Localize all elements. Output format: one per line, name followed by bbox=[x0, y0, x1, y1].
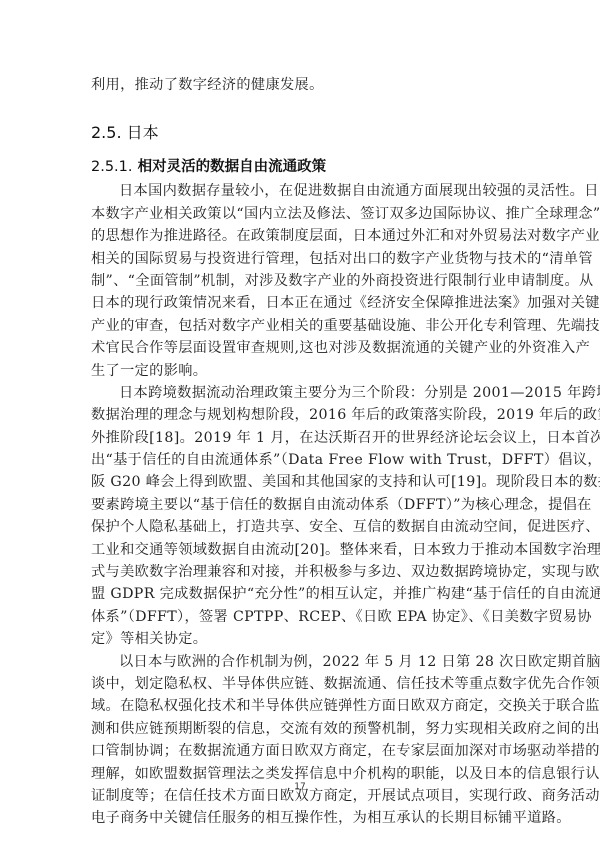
paragraph-line: 日本国内数据存量较小，在促进数据自由流通方面展现出较强的灵活性。日 bbox=[91, 180, 511, 202]
paragraph-line: 本数字产业相关政策以“国内立法及修法、签订双多边国际协议、推广全球理念” bbox=[91, 203, 511, 225]
paragraph-line: 体系”（DFFT），签署 CPTPP、RCEP、《日欧 EPA 协定》、《日美数… bbox=[91, 606, 511, 628]
paragraph-line: 外推阶段[18]。2019 年 1 月，在达沃斯召开的世界经济论坛会议上，日本首… bbox=[91, 427, 511, 449]
page-number: 17 bbox=[0, 782, 600, 792]
paragraph-line: 保护个人隐私基础上，打造共享、安全、互信的数据自由流动空间，促进医疗、 bbox=[91, 516, 511, 538]
paragraph-2: 日本跨境数据流动治理政策主要分为三个阶段：分别是 2001—2015 年跨境 数… bbox=[91, 382, 511, 651]
paragraph-3: 以日本与欧洲的合作机制为例，2022 年 5 月 12 日第 28 次日欧定期首… bbox=[91, 651, 511, 830]
paragraph-line: 的思想作为推进路径。在政策制度层面，日本通过外汇和对外贸易法对数字产业 bbox=[91, 225, 511, 247]
lead-line: 利用，推动了数字经济的健康发展。 bbox=[91, 74, 511, 96]
section-number: 2.5. bbox=[91, 123, 122, 142]
section-heading: 2.5. 日本 bbox=[91, 120, 511, 146]
paragraph-line: 日本的现行政策情况来看，日本正在通过《经济安全保障推进法案》加强对关键 bbox=[91, 292, 511, 314]
paragraph-line: 口管制协调；在数据流通方面日欧双方商定，在专家层面加深对市场驱动举措的 bbox=[91, 740, 511, 762]
paragraph-line: 产业的审查，包括对数字产业相关的重要基础设施、非公开化专利管理、先端技 bbox=[91, 315, 511, 337]
page-content: 利用，推动了数字经济的健康发展。 2.5. 日本 2.5.1. 相对灵活的数据自… bbox=[91, 74, 511, 830]
paragraph-line: 阪 G20 峰会上得到欧盟、美国和其他国家的支持和认可[19]。现阶段日本的数据 bbox=[91, 471, 511, 493]
paragraph-line: 日本跨境数据流动治理政策主要分为三个阶段：分别是 2001—2015 年跨境 bbox=[91, 382, 511, 404]
paragraph-line: 相关的国际贸易与投资进行管理，包括对出口的数字产业货物与技术的“清单管 bbox=[91, 248, 511, 270]
subsection-title: 相对灵活的数据自由流通政策 bbox=[138, 159, 327, 175]
paragraph-line: 数据治理的理念与规划构想阶段，2016 年后的政策落实阶段，2019 年后的政策 bbox=[91, 404, 511, 426]
paragraph-line: 盟 GDPR 完成数据保护“充分性”的相互认定，并推广构建“基于信任的自由流通 bbox=[91, 583, 511, 605]
paragraph-line: 出“基于信任的自由流通体系”（Data Free Flow with Trust… bbox=[91, 449, 511, 471]
paragraph-line: 工业和交通等领域数据自由流动[20]。整体来看，日本致力于推动本国数字治理方 bbox=[91, 539, 511, 561]
paragraph-line: 制”、“全面管制”机制，对涉及数字产业的外商投资进行限制行业申请制度。从 bbox=[91, 270, 511, 292]
paragraph-line: 以日本与欧洲的合作机制为例，2022 年 5 月 12 日第 28 次日欧定期首… bbox=[91, 651, 511, 673]
subsection-heading: 2.5.1. 相对灵活的数据自由流通政策 bbox=[91, 154, 511, 180]
document-page: 利用，推动了数字经济的健康发展。 2.5. 日本 2.5.1. 相对灵活的数据自… bbox=[0, 0, 600, 848]
paragraph-line: 域。在隐私权强化技术和半导体供应链弹性方面日欧双方商定，交换关于联合监 bbox=[91, 695, 511, 717]
paragraph-1: 日本国内数据存量较小，在促进数据自由流通方面展现出较强的灵活性。日 本数字产业相… bbox=[91, 180, 511, 382]
paragraph-line: 测和供应链预期断裂的信息，交流有效的预警机制，努力实现相关政府之间的出 bbox=[91, 718, 511, 740]
paragraph-line: 定》等相关协定。 bbox=[91, 628, 511, 650]
paragraph-line: 电子商务中关键信任服务的相互操作性，为相互承认的长期目标铺平道路。 bbox=[91, 807, 511, 829]
paragraph-line: 要素跨境主要以“基于信任的数据自由流动体系（DFFT）”为核心理念，提倡在 bbox=[91, 494, 511, 516]
section-title: 日本 bbox=[127, 123, 159, 142]
paragraph-line: 生了一定的影响。 bbox=[91, 360, 511, 382]
paragraph-line: 式与美欧数字治理兼容和对接，并积极参与多边、双边数据跨境协定，实现与欧 bbox=[91, 561, 511, 583]
paragraph-line: 术官民合作等层面设置审查规则,这也对涉及数据流通的关键产业的外资准入产 bbox=[91, 337, 511, 359]
paragraph-line: 谈中，划定隐私权、半导体供应链、数据流通、信任技术等重点数字优先合作领 bbox=[91, 673, 511, 695]
subsection-number: 2.5.1. bbox=[91, 159, 133, 175]
